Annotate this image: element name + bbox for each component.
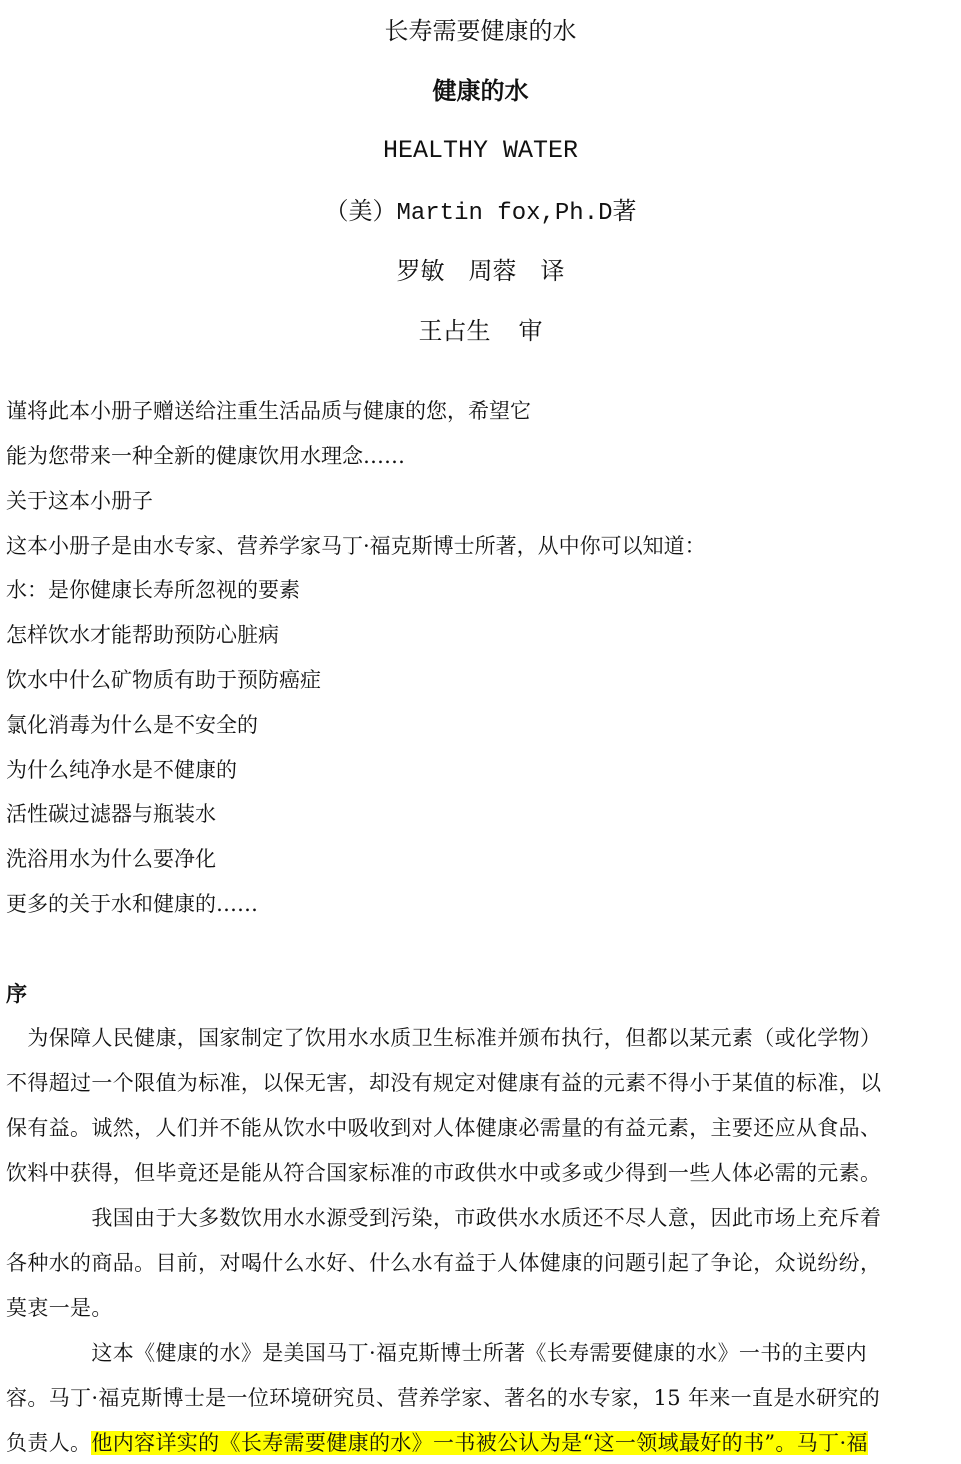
preface-line: 我国由于大多数饮用水水源受到污染，市政供水水质还不尽人意，因此市场上充斥着 (6, 1203, 950, 1233)
preface-line: 这本《健康的水》是美国马丁·福克斯博士所著《长寿需要健康的水》一书的主要内 (6, 1338, 950, 1368)
author-role: 著 (613, 197, 637, 225)
topic-item: 更多的关于水和健康的…… (6, 890, 258, 918)
author-nationality: （美） (324, 197, 396, 225)
intro-line: 谨将此本小册子赠送给注重生活品质与健康的您，希望它 (6, 397, 531, 425)
topic-item: 洗浴用水为什么要净化 (6, 845, 216, 873)
author-line: （美）Martin fox,Ph.D著 (0, 196, 961, 229)
topic-item: 怎样饮水才能帮助预防心脏病 (6, 621, 279, 649)
preface-line: 不得超过一个限值为标准，以保无害，却没有规定对健康有益的元素不得小于某值的标准，… (6, 1068, 950, 1098)
reviewer-line: 王占生审 (0, 316, 961, 346)
preface-line: 保有益。诚然，人们并不能从饮水中吸收到对人体健康必需量的有益元素，主要还应从食品… (6, 1113, 950, 1143)
intro-line: 这本小册子是由水专家、营养学家马丁·福克斯博士所著，从中你可以知道： (6, 532, 706, 560)
preface-title: 序 (6, 980, 27, 1008)
translator-1: 罗敏 (397, 257, 445, 285)
topic-item: 水：是你健康长寿所忽视的要素 (6, 576, 300, 604)
highlighted-text: 他内容详实的《长寿需要健康的水》一书被公认为是“这一领域最好的书”。马丁·福 (91, 1431, 867, 1455)
preface-line: 各种水的商品。目前，对喝什么水好、什么水有益于人体健康的问题引起了争论，众说纷纷… (6, 1248, 950, 1278)
preface-line: 为保障人民健康，国家制定了饮用水水质卫生标准并颁布执行，但都以某元素（或化学物） (6, 1023, 950, 1053)
preface-line: 饮料中获得，但毕竟还是能从符合国家标准的市政供水中或多或少得到一些人体必需的元素… (6, 1158, 950, 1188)
book-subtitle: 健康的水 (0, 76, 961, 106)
document-page: 长寿需要健康的水 健康的水 HEALTHY WATER （美）Martin fo… (0, 0, 961, 1464)
reviewer-role: 审 (519, 317, 543, 345)
translators-line: 罗敏周蓉译 (0, 256, 961, 286)
preface-line: 容。马丁·福克斯博士是一位环境研究员、营养学家、著名的水专家，15 年来一直是水… (6, 1383, 950, 1413)
translator-2: 周蓉 (469, 257, 517, 285)
author-name: Martin fox,Ph.D (396, 200, 612, 227)
preface-text: 负责人。 (6, 1431, 91, 1455)
topic-item: 饮水中什么矿物质有助于预防癌症 (6, 666, 321, 694)
preface-line: 莫衷一是。 (6, 1293, 950, 1323)
english-title: HEALTHY WATER (0, 136, 961, 166)
intro-line: 能为您带来一种全新的健康饮用水理念…… (6, 442, 405, 470)
book-title: 长寿需要健康的水 (0, 16, 961, 46)
translator-role: 译 (541, 257, 565, 285)
reviewer-name: 王占生 (419, 317, 491, 345)
preface-line-highlighted: 负责人。他内容详实的《长寿需要健康的水》一书被公认为是“这一领域最好的书”。马丁… (6, 1428, 950, 1458)
topic-item: 活性碳过滤器与瓶装水 (6, 800, 216, 828)
topic-item: 为什么纯净水是不健康的 (6, 756, 237, 784)
intro-heading: 关于这本小册子 (6, 487, 153, 515)
topic-item: 氯化消毒为什么是不安全的 (6, 711, 258, 739)
